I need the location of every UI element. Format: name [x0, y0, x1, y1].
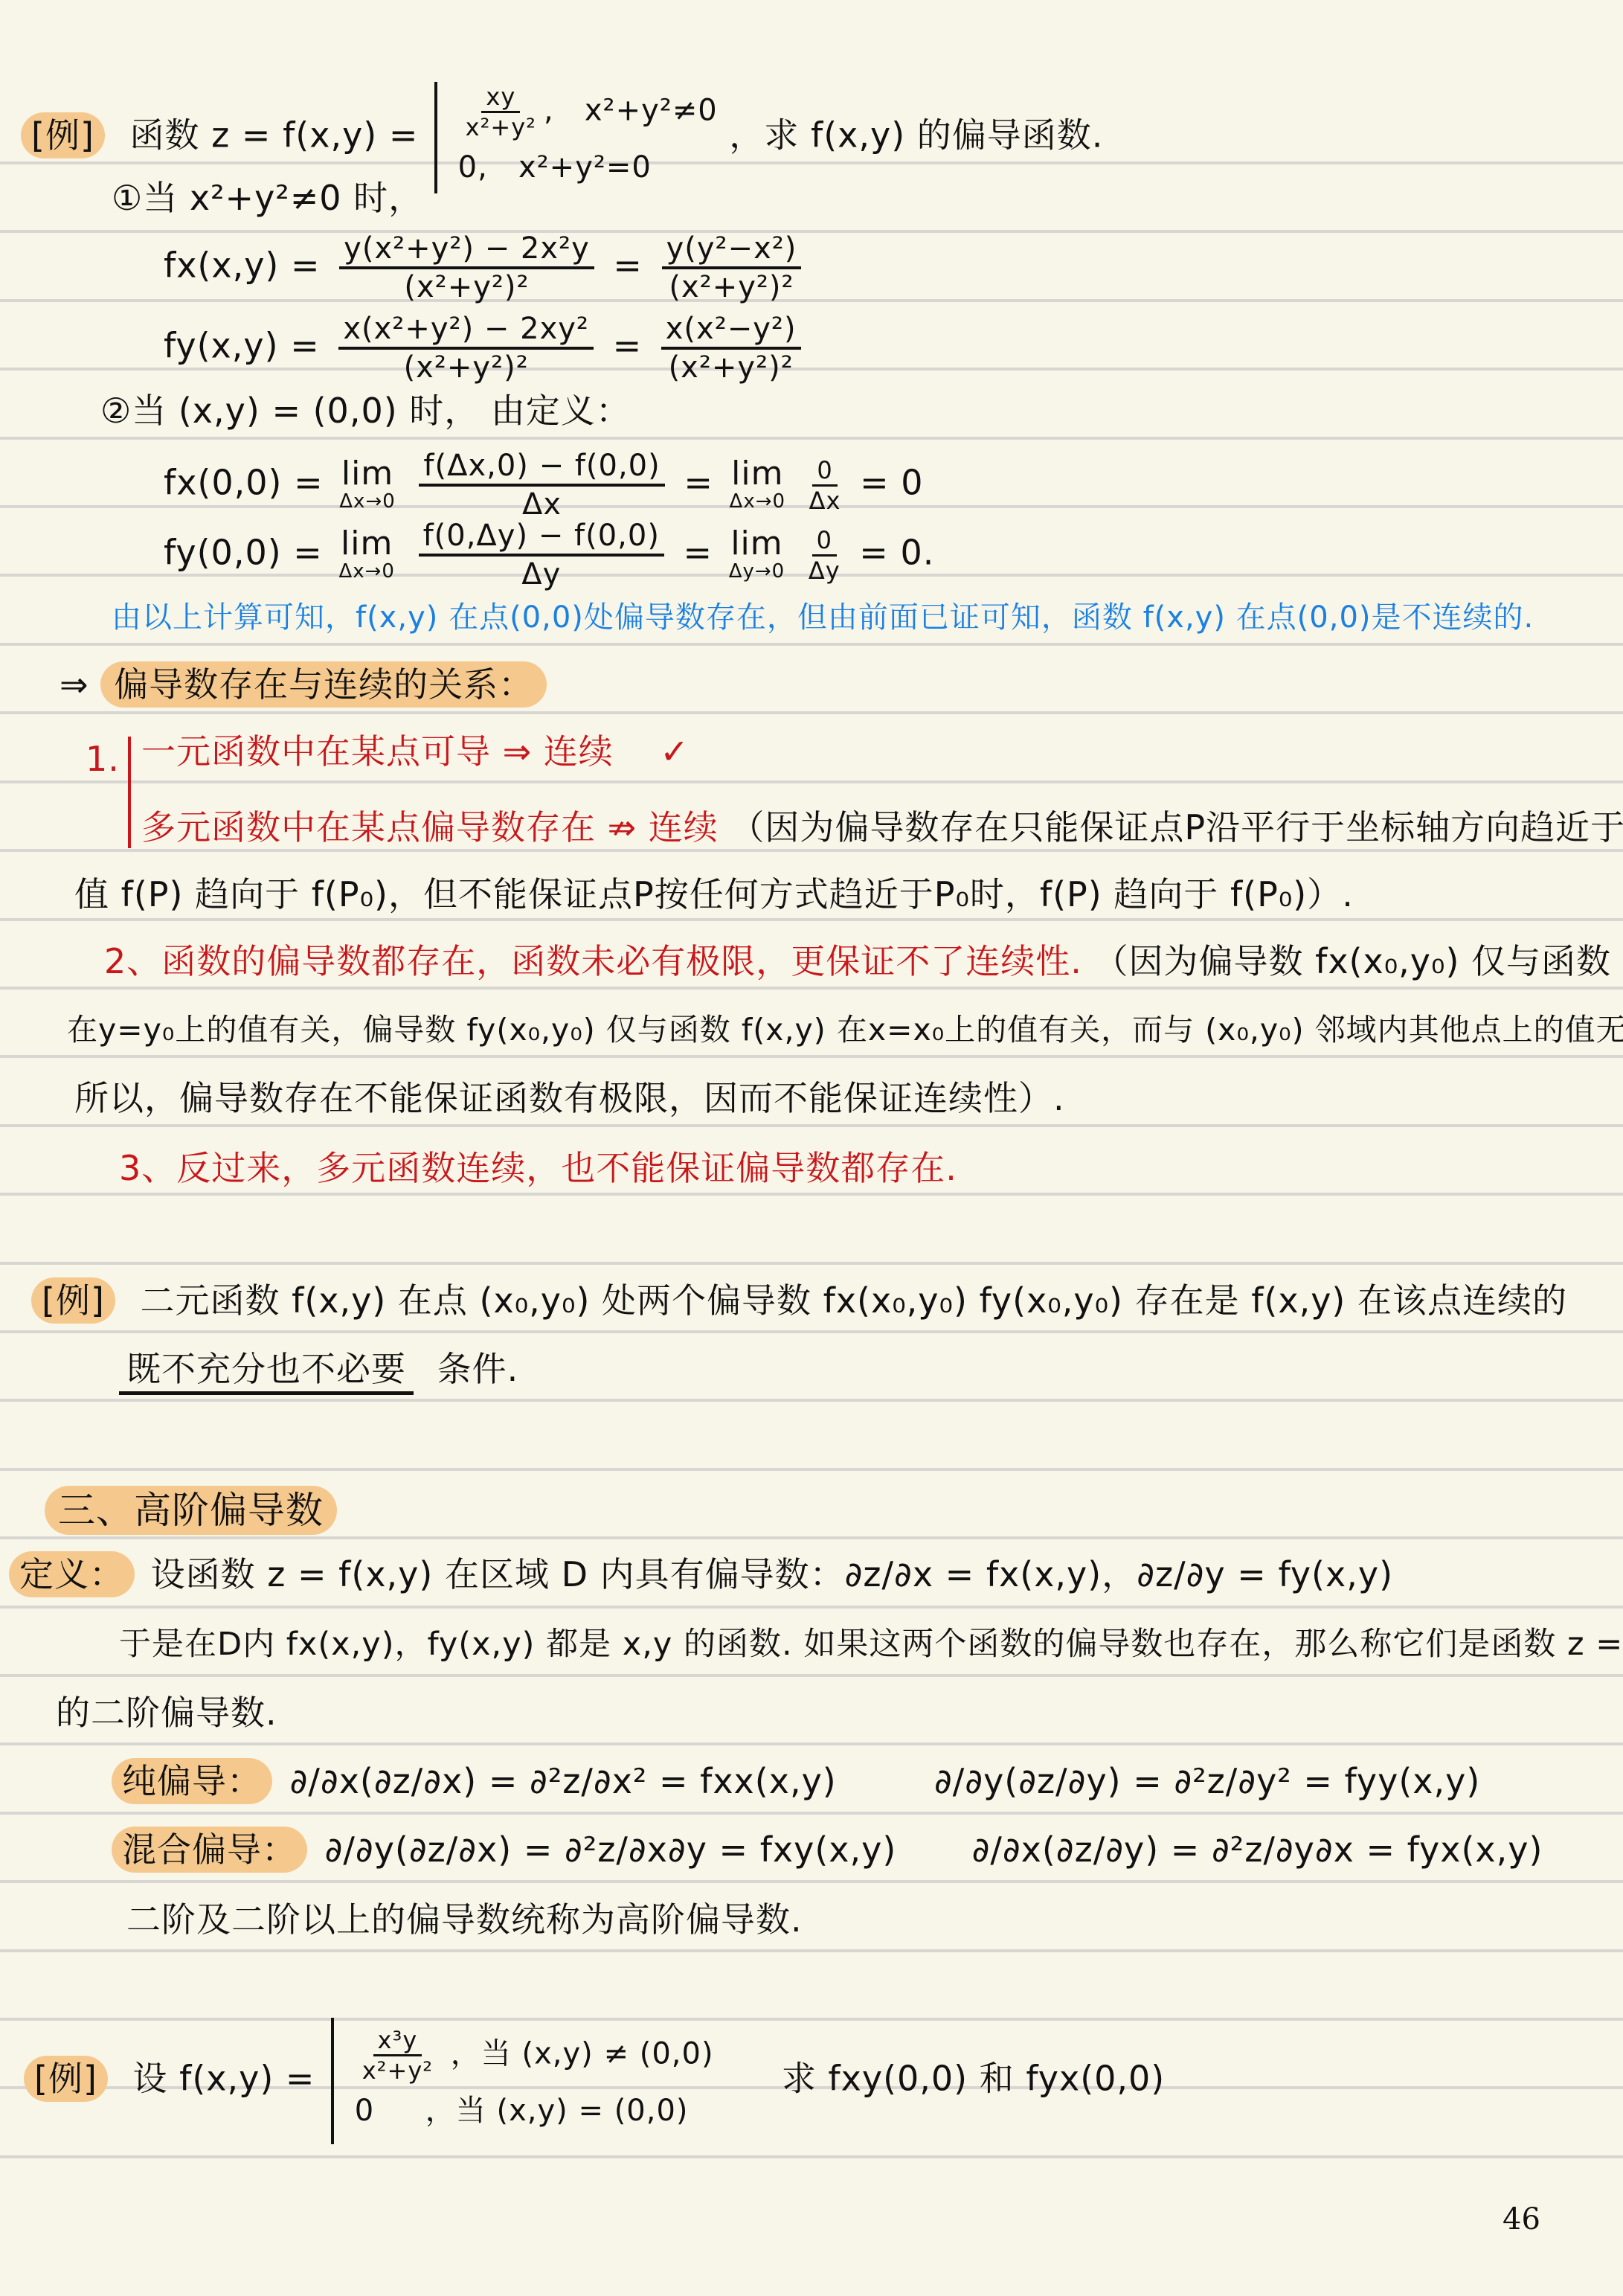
rule-line: [0, 918, 1623, 921]
fx-fraction-2: y(y²−x²) (x²+y²)²: [662, 231, 802, 305]
case-2: 0, x²+y²=0: [458, 141, 718, 193]
piecewise-brace: [434, 82, 437, 193]
step1-label: ①当 x²+y²≠0 时，: [112, 176, 423, 220]
fx-formula: fx(x,y) = y(x²+y²) − 2x²y (x²+y²)² = y(y…: [164, 231, 809, 305]
example2-statement: [例] 二元函数 f(x,y) 在点 (x₀,y₀) 处两个偏导数 fx(x₀,…: [31, 1278, 1567, 1323]
answer-blank: 既不充分也不必要: [119, 1347, 414, 1395]
rule-line: [0, 1124, 1623, 1127]
definition-line1: 定义： 设函数 z = f(x,y) 在区域 D 内具有偏导数：∂z/∂x = …: [9, 1552, 1393, 1597]
mixed-partials: 混合偏导： ∂/∂y(∂z/∂x) = ∂²z/∂x∂y = fxy(x,y) …: [112, 1827, 1543, 1872]
section3-heading: 三、高阶偏导数: [45, 1488, 337, 1533]
fy00-formula: fy(0,0) = lim Δx→0 f(0,Δy) − f(0,0) Δy =…: [164, 518, 934, 592]
case1-fraction: xy x²+y²: [466, 83, 536, 141]
case-2: 0 ，当 (x,y) = (0,0): [355, 2085, 714, 2137]
relation-heading: 偏导数存在与连续的关系：: [100, 661, 547, 708]
rule-line: [0, 1949, 1623, 1952]
example-tag: [例]: [31, 1277, 115, 1324]
item3: 3、反过来，多元函数连续，也不能保证偏导数都存在.: [119, 1146, 957, 1190]
rule-line: [0, 643, 1623, 646]
limit: lim Δx→0: [339, 458, 396, 513]
rule-line: [0, 711, 1623, 714]
rule-line: [0, 1812, 1623, 1815]
rule-line: [0, 1193, 1623, 1196]
relation-heading-row: ⇒ 偏导数存在与连续的关系：: [60, 662, 547, 707]
rule-line: [0, 780, 1623, 783]
rule-line: [0, 1674, 1623, 1677]
definition-line3: 的二阶偏导数.: [56, 1690, 277, 1735]
example1-text-after: ，求 f(x,y) 的偏导函数.: [729, 115, 1103, 155]
check-icon: ✓: [660, 731, 690, 772]
step2-label: ②当 (x,y) = (0,0) 时， 由定义：: [100, 388, 631, 433]
example-tag: [例]: [21, 112, 105, 158]
rule-line: [0, 1536, 1623, 1539]
fyx-formula: ∂/∂x(∂z/∂y) = ∂²z/∂y∂x = fyx(x,y): [972, 1830, 1543, 1870]
item1-c: 值 f(P) 趋向于 f(P₀)，但不能保证点P按任何方式趋近于P₀时，f(P)…: [74, 872, 1354, 917]
rule-line: [0, 1262, 1623, 1265]
pure-partials: 纯偏导： ∂/∂x(∂z/∂x) = ∂²z/∂x² = fxx(x,y) ∂/…: [112, 1759, 1480, 1803]
case-1: x³y x²+y² ，当 (x,y) ≠ (0,0): [355, 2026, 714, 2085]
case-1: xy x²+y² , x²+y²≠0: [458, 83, 718, 141]
definition-line2: 于是在D内 fx(x,y)，fy(x,y) 都是 x,y 的函数. 如果这两个函…: [119, 1622, 1623, 1667]
piecewise-brace: [331, 2018, 334, 2144]
fyy-formula: ∂/∂y(∂z/∂y) = ∂²z/∂y² = fyy(x,y): [934, 1761, 1480, 1801]
item1-bracket: [128, 737, 131, 848]
rule-line: [0, 2155, 1623, 2158]
fy-fraction-2: x(x²−y²) (x²+y²)²: [661, 311, 801, 385]
rule-line: [0, 437, 1623, 440]
example-tag: [例]: [24, 2056, 108, 2102]
higher-order-summary: 二阶及二阶以上的偏导数统称为高阶偏导数.: [126, 1897, 803, 1942]
item2: 2、函数的偏导数都存在，函数未必有极限，更保证不了连续性. （因为偏导数 fx(…: [104, 939, 1623, 984]
rule-line: [0, 1055, 1623, 1058]
blue-note: 由以上计算可知，f(x,y) 在点(0,0)处偏导数存在，但由前面已证可知，函数…: [112, 595, 1534, 640]
rule-line: [0, 1742, 1623, 1745]
piecewise-cases: xy x²+y² , x²+y²≠0 0, x²+y²=0: [458, 83, 718, 193]
example1-text-before: 函数 z = f(x,y) =: [130, 115, 419, 155]
item1-number: 1.: [86, 737, 120, 781]
pure-partials-tag: 纯偏导：: [112, 1758, 272, 1804]
rule-line: [0, 987, 1623, 990]
item1-b: 多元函数中在某点偏导数存在 ⇏ 连续 （因为偏导数存在只能保证点P沿平行于坐标轴…: [141, 805, 1623, 850]
implies-arrow-icon: ⇒: [60, 664, 89, 705]
example3-statement: [例] 设 f(x,y) = x³y x²+y² ，当 (x,y) ≠ (0,0…: [24, 2018, 1165, 2144]
fxx-formula: ∂/∂x(∂z/∂x) = ∂²z/∂x² = fxx(x,y): [290, 1761, 837, 1801]
definition-tag: 定义：: [9, 1551, 135, 1597]
mixed-partials-tag: 混合偏导：: [112, 1827, 307, 1873]
fy-fraction-1: x(x²+y²) − 2xy² (x²+y²)²: [338, 311, 594, 385]
example3-question: 求 fxy(0,0) 和 fyx(0,0): [782, 2059, 1165, 2099]
piecewise-cases: x³y x²+y² ，当 (x,y) ≠ (0,0) 0 ，当 (x,y) = …: [355, 2026, 714, 2137]
fx-fraction-1: y(x²+y²) − 2x²y (x²+y²)²: [339, 231, 594, 305]
rule-line: [0, 1606, 1623, 1609]
rule-line: [0, 1330, 1623, 1333]
item2-line3: 所以，偏导数存在不能保证函数有极限，因而不能保证连续性）.: [74, 1076, 1065, 1120]
fx00-formula: fx(0,0) = lim Δx→0 f(Δx,0) − f(0,0) Δx =…: [164, 448, 924, 522]
item2-line2: 在y=y₀上的值有关，偏导数 fy(x₀,y₀) 仅与函数 f(x,y) 在x=…: [67, 1007, 1623, 1052]
fy-formula: fy(x,y) = x(x²+y²) − 2xy² (x²+y²)² = x(x…: [164, 311, 809, 385]
page-number: 46: [1503, 2202, 1540, 2236]
item1-a: 一元函数中在某点可导 ⇒ 连续 ✓: [141, 729, 690, 774]
rule-line: [0, 1468, 1623, 1471]
fxy-formula: ∂/∂y(∂z/∂x) = ∂²z/∂x∂y = fxy(x,y): [325, 1830, 897, 1870]
rule-line: [0, 1399, 1623, 1402]
example2-answer: 既不充分也不必要 条件.: [119, 1347, 518, 1395]
rule-line: [0, 1880, 1623, 1883]
